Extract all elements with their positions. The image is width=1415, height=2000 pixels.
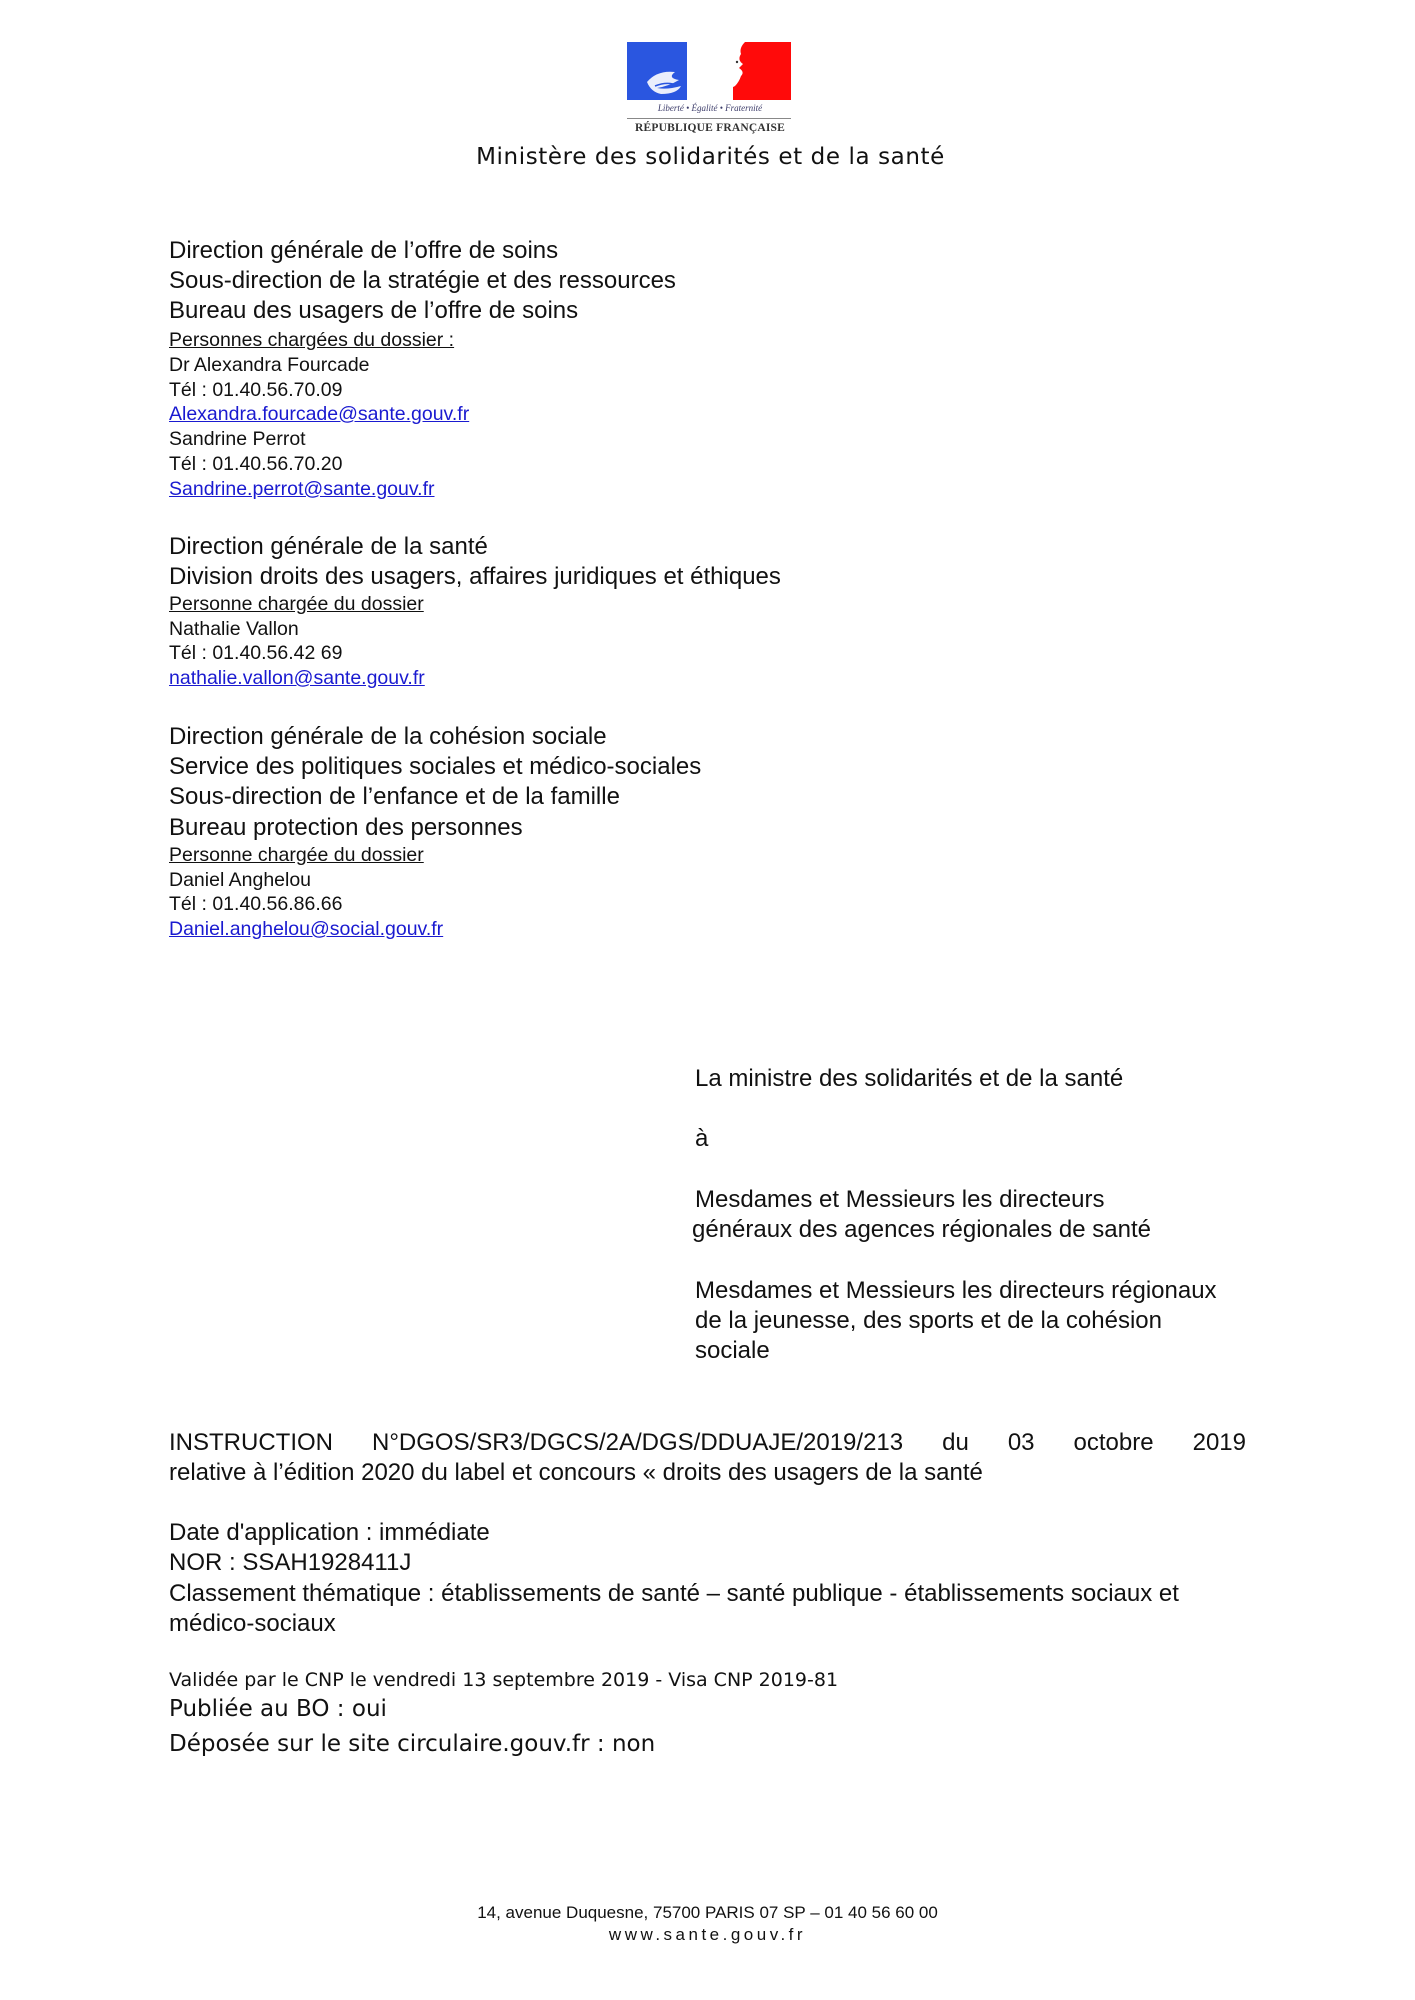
classement-thematique: Classement thématique : établissements d… [169,1579,1179,1609]
contact-phone: Tél : 01.40.56.70.09 [169,378,342,403]
contact-email-link[interactable]: nathalie.vallon@sante.gouv.fr [169,666,425,691]
instruction-word: 03 [1008,1428,1035,1458]
addressee-line: Mesdames et Messieurs les directeurs [695,1185,1104,1215]
footer-website[interactable]: www.sante.gouv.fr [0,1925,1415,1945]
contact-phone: Tél : 01.40.56.42 69 [169,641,342,666]
instruction-word: du [942,1428,969,1458]
instruction-reference: N°DGOS/SR3/DGCS/2A/DGS/DDUAJE/2019/213 [372,1428,903,1458]
sender-line: Sous-direction de l’enfance et de la fam… [169,782,620,812]
footer-address: 14, avenue Duquesne, 75700 PARIS 07 SP –… [0,1903,1415,1923]
instruction-word: 2019 [1193,1428,1246,1458]
contact-name: Sandrine Perrot [169,427,306,452]
classement-thematique-cont: médico-sociaux [169,1609,336,1639]
sender-line: Bureau des usagers de l’offre de soins [169,296,578,326]
republique-francaise-logo: Liberté • Égalité • Fraternité RÉPUBLIQU… [625,42,795,142]
contact-label: Personne chargée du dossier [169,592,424,617]
contact-email-link[interactable]: Daniel.anghelou@social.gouv.fr [169,917,443,942]
contact-email-link[interactable]: Alexandra.fourcade@sante.gouv.fr [169,402,469,427]
addressee-line: sociale [695,1336,770,1366]
date-application: Date d'application : immédiate [169,1518,490,1548]
sender-line: Service des politiques sociales et médic… [169,752,701,782]
to-label: à [695,1124,708,1154]
addressee-line: de la jeunesse, des sports et de la cohé… [695,1306,1162,1336]
ministry-title-text: Ministère des solidarités et de la santé [476,144,945,170]
contact-email-link[interactable]: Sandrine.perrot@sante.gouv.fr [169,477,435,502]
validation-cnp: Validée par le CNP le vendredi 13 septem… [169,1668,838,1692]
publication-bo: Publiée au BO : oui [169,1694,387,1724]
deposit-status: Déposée sur le site circulaire.gouv.fr :… [169,1729,655,1759]
motto-divider [627,118,791,119]
ministry-title: Ministère des solidarités et de la santé [0,144,1415,170]
contact-label: Personne chargée du dossier [169,843,424,868]
contact-phone: Tél : 01.40.56.86.66 [169,892,342,917]
republic-motto: Liberté • Égalité • Fraternité [625,103,795,113]
republique-francaise-label: RÉPUBLIQUE FRANÇAISE [625,122,795,134]
sender-line: Bureau protection des personnes [169,813,523,843]
sender-line: Sous-direction de la stratégie et des re… [169,266,676,296]
contact-name: Dr Alexandra Fourcade [169,353,370,378]
contact-label: Personnes chargées du dossier : [169,328,454,353]
sender-line: Direction générale de la santé [169,532,488,562]
addressee-line: Mesdames et Messieurs les directeurs rég… [695,1276,1217,1306]
contact-phone: Tél : 01.40.56.70.20 [169,452,342,477]
instruction-title: INSTRUCTION N°DGOS/SR3/DGCS/2A/DGS/DDUAJ… [169,1428,1246,1488]
addressee-line: généraux des agences régionales de santé [692,1215,1151,1245]
instruction-word: INSTRUCTION [169,1428,333,1458]
sender-line: Division droits des usagers, affaires ju… [169,562,781,592]
instruction-line-1: INSTRUCTION N°DGOS/SR3/DGCS/2A/DGS/DDUAJ… [169,1428,1246,1458]
instruction-line-2: relative à l’édition 2020 du label et co… [169,1458,1246,1488]
sender-minister: La ministre des solidarités et de la san… [695,1064,1123,1094]
nor-number: NOR : SSAH1928411J [169,1548,411,1578]
contact-name: Daniel Anghelou [169,868,311,893]
sender-line: Direction générale de l’offre de soins [169,236,558,266]
marianne-logo-icon [627,42,791,100]
instruction-word: octobre [1074,1428,1154,1458]
sender-line: Direction générale de la cohésion social… [169,722,607,752]
contact-name: Nathalie Vallon [169,617,299,642]
